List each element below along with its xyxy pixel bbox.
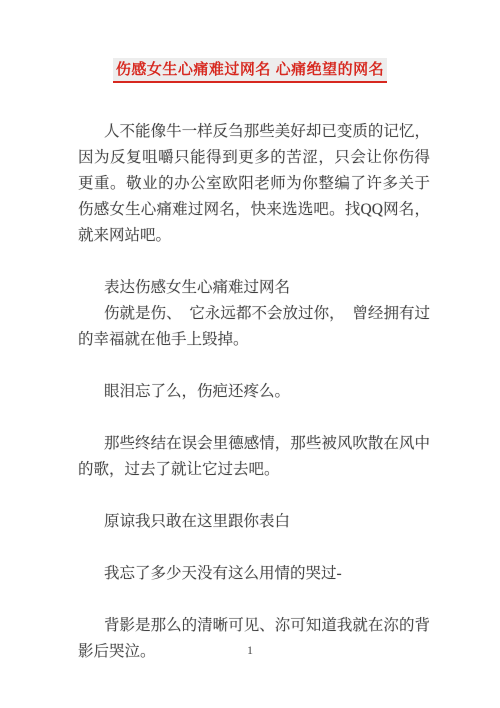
paragraph-tears: 眼泪忘了么，伤疤还疼么。 xyxy=(78,379,430,405)
paragraph-confession: 原谅我只敢在这里跟你表白 xyxy=(78,509,430,535)
document-body: 人不能像牛一样反刍那些美好却已变质的记忆，因为反复咀嚼只能得到更多的苦涩，只会让… xyxy=(78,119,430,665)
paragraph-intro: 人不能像牛一样反刍那些美好却已变质的记忆，因为反复咀嚼只能得到更多的苦涩，只会让… xyxy=(78,119,430,249)
document-title: 伤感女生心痛难过网名 心痛绝望的网名 xyxy=(113,58,387,83)
paragraph-crying-days: 我忘了多少天没有这么用情的哭过- xyxy=(78,561,430,587)
paragraph-silhouette: 背影是那么的清晰可见、沵可知道我就在沵的背影后哭泣。 xyxy=(78,613,430,665)
page-number: 1 xyxy=(0,643,500,657)
document-page: 伤感女生心痛难过网名 心痛绝望的网名 人不能像牛一样反刍那些美好却已变质的记忆，… xyxy=(0,0,500,708)
paragraph-misunderstanding: 那些终结在误会里德感情，那些被风吹散在风中的歌，过去了就让它过去吧。 xyxy=(78,431,430,483)
paragraph-section-heading: 表达伤感女生心痛难过网名 xyxy=(78,275,430,301)
document-title-row: 伤感女生心痛难过网名 心痛绝望的网名 xyxy=(0,0,500,83)
paragraph-hurt: 伤就是伤、 它永远都不会放过你， 曾经拥有过的幸福就在他手上毁掉。 xyxy=(78,301,430,353)
